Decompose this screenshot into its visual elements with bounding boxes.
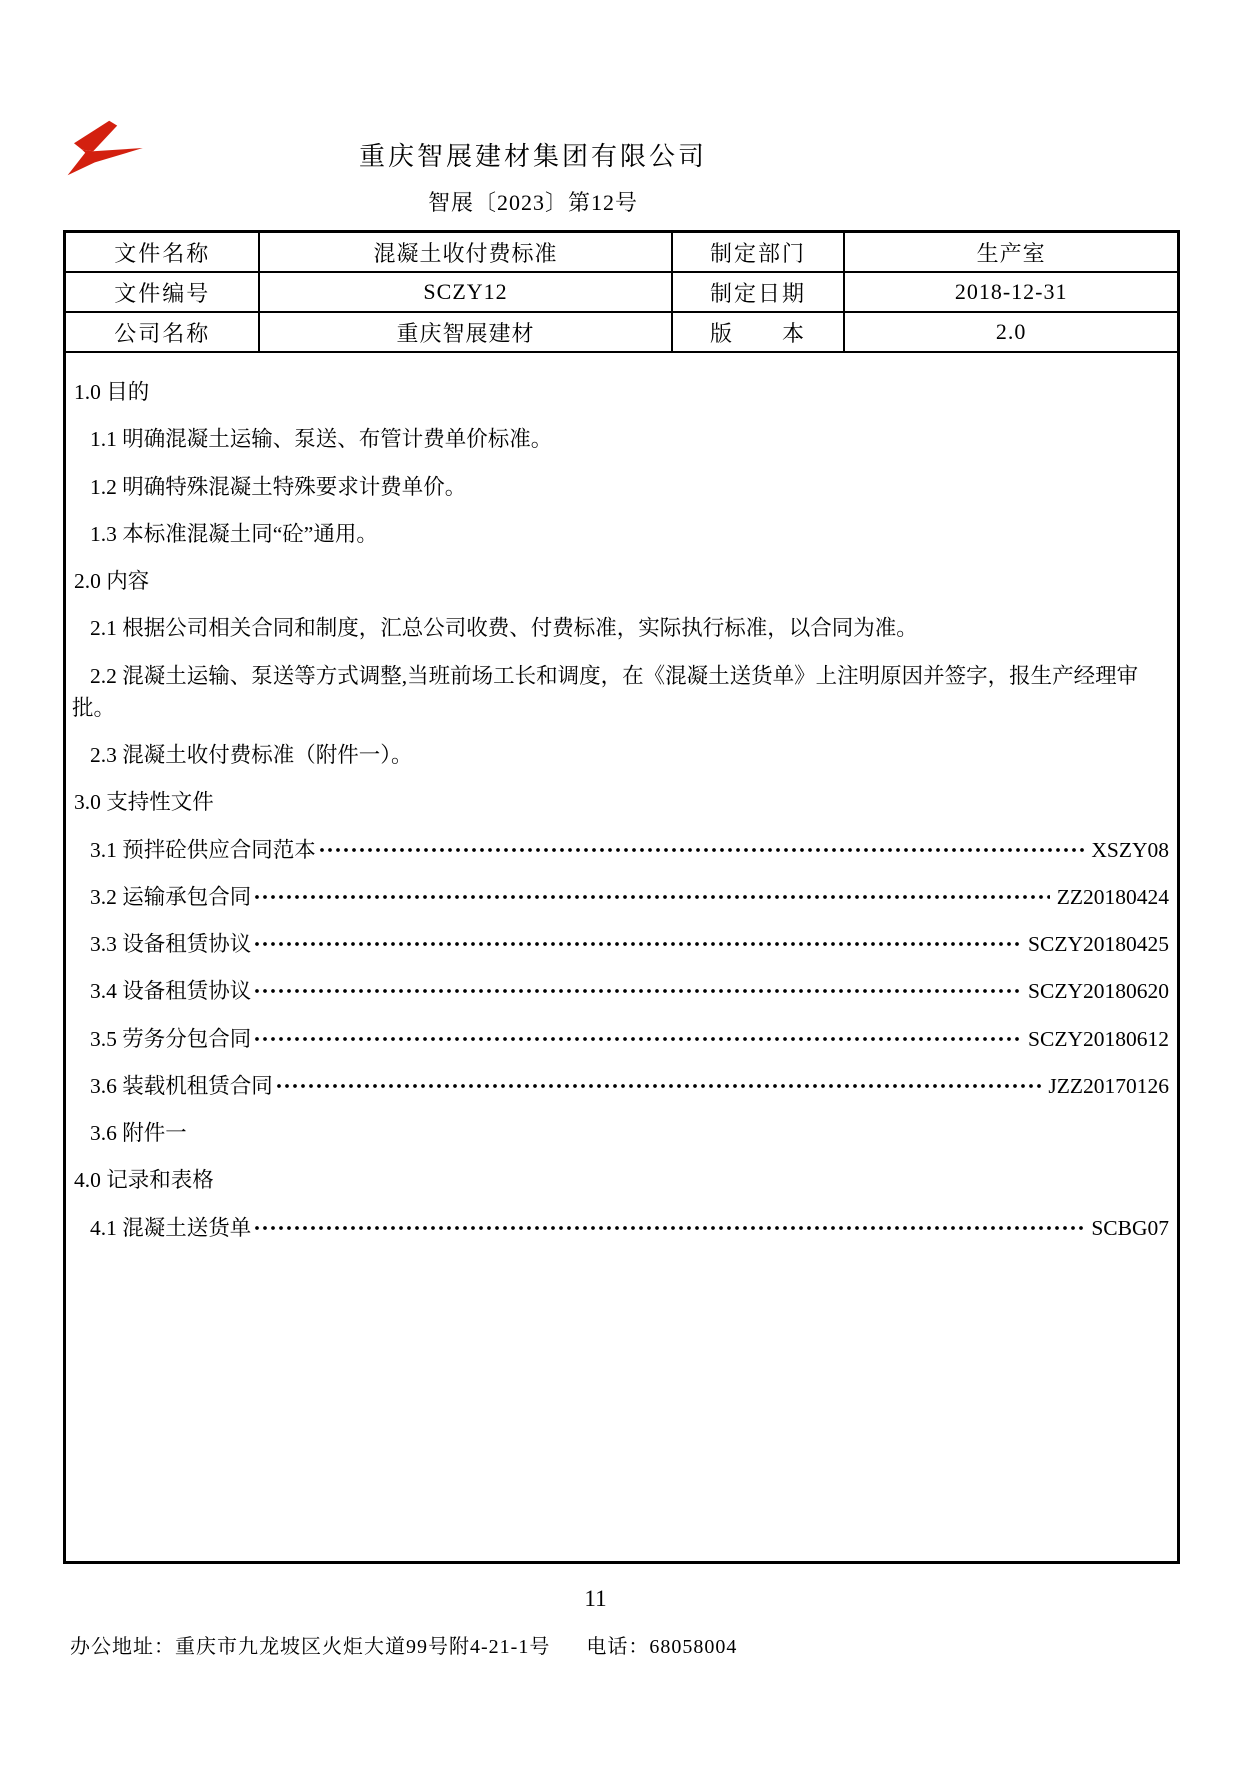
toc-item: 3.5 劳务分包合同SCZY20180612: [72, 1023, 1169, 1055]
section-heading: 1.0 目的: [72, 376, 1169, 408]
toc-item-code: XSZY08: [1086, 834, 1169, 866]
toc-item-label: 3.4 设备租赁协议: [90, 975, 251, 1007]
toc-item: 3.2 运输承包合同ZZ20180424: [72, 881, 1169, 913]
dot-leader-icon: [318, 840, 1085, 860]
info-label: 文件编号: [65, 272, 260, 312]
toc-item-label: 3.1 预拌砼供应合同范本: [90, 834, 316, 866]
toc-item: 3.1 预拌砼供应合同范本XSZY08: [72, 834, 1169, 866]
office-address: 办公地址：重庆市九龙坡区火炬大道99号附4-21-1号: [70, 1636, 550, 1658]
toc-item-code: SCZY20180620: [1023, 975, 1169, 1007]
dot-leader-icon: [253, 1029, 1021, 1049]
document-number: 智展〔2023〕第12号: [63, 186, 1003, 217]
info-value: 混凝土收付费标准: [259, 232, 671, 273]
toc-item-code: ZZ20180424: [1052, 881, 1169, 913]
dot-leader-icon: [275, 1076, 1042, 1096]
section-heading: 3.0 支持性文件: [72, 786, 1169, 818]
toc-item-code: SCBG07: [1086, 1212, 1169, 1244]
document-header: 重庆智展建材集团有限公司 智展〔2023〕第12号: [63, 136, 1003, 217]
phone-number: 电话：68058004: [586, 1636, 737, 1658]
info-value: 2018-12-31: [844, 272, 1178, 312]
info-label: 版 本: [672, 312, 845, 352]
page-number: 11: [63, 1586, 1128, 1612]
toc-item-label: 4.1 混凝土送货单: [90, 1212, 251, 1244]
info-label: 制定日期: [672, 272, 845, 312]
info-row: 文件名称混凝土收付费标准制定部门生产室: [65, 232, 1179, 273]
info-row: 文件编号SCZY12制定日期2018-12-31: [65, 272, 1179, 312]
paragraph: 2.3 混凝土收付费标准（附件一）。: [72, 739, 1169, 771]
info-value: SCZY12: [259, 272, 671, 312]
toc-item-code: SCZY20180425: [1023, 928, 1169, 960]
section-heading: 4.0 记录和表格: [72, 1164, 1169, 1196]
document-body: 1.0 目的1.1 明确混凝土运输、泵送、布管计费单价标准。1.2 明确特殊混凝…: [65, 352, 1179, 1563]
toc-item: 3.4 设备租赁协议SCZY20180620: [72, 975, 1169, 1007]
section-heading: 2.0 内容: [72, 565, 1169, 597]
paragraph: 2.2 混凝土运输、泵送等方式调整,当班前场工长和调度，在《混凝土送货单》上注明…: [72, 660, 1169, 725]
toc-item: 4.1 混凝土送货单SCBG07: [72, 1212, 1169, 1244]
toc-item-label: 3.3 设备租赁协议: [90, 928, 251, 960]
info-value: 2.0: [844, 312, 1178, 352]
paragraph: 2.1 根据公司相关合同和制度，汇总公司收费、付费标准，实际执行标准，以合同为准…: [72, 612, 1169, 644]
toc-item-label: 3.6 装载机租赁合同: [90, 1070, 273, 1102]
paragraph: 1.3 本标准混凝土同“砼”通用。: [72, 518, 1169, 550]
info-row: 公司名称重庆智展建材版 本2.0: [65, 312, 1179, 352]
company-name: 重庆智展建材集团有限公司: [63, 136, 1003, 173]
toc-item-code: SCZY20180612: [1023, 1023, 1169, 1055]
dot-leader-icon: [253, 887, 1049, 907]
toc-item-label: 3.5 劳务分包合同: [90, 1023, 251, 1055]
dot-leader-icon: [253, 1218, 1084, 1238]
info-value: 重庆智展建材: [259, 312, 671, 352]
toc-item: 3.3 设备租赁协议SCZY20180425: [72, 928, 1169, 960]
paragraph: 1.2 明确特殊混凝土特殊要求计费单价。: [72, 471, 1169, 503]
dot-leader-icon: [253, 981, 1021, 1001]
paragraph: 1.1 明确混凝土运输、泵送、布管计费单价标准。: [72, 423, 1169, 455]
toc-item-label: 3.2 运输承包合同: [90, 881, 251, 913]
toc-item-code: JZZ20170126: [1043, 1070, 1169, 1102]
info-label: 文件名称: [65, 232, 260, 273]
dot-leader-icon: [253, 934, 1021, 954]
paragraph: 3.6 附件一: [72, 1117, 1169, 1149]
document-page: 重庆智展建材集团有限公司 智展〔2023〕第12号 文件名称混凝土收付费标准制定…: [0, 0, 1241, 1766]
info-label: 制定部门: [672, 232, 845, 273]
document-info-table: 文件名称混凝土收付费标准制定部门生产室文件编号SCZY12制定日期2018-12…: [63, 230, 1180, 1564]
info-value: 生产室: [844, 232, 1178, 273]
document-body-row: 1.0 目的1.1 明确混凝土运输、泵送、布管计费单价标准。1.2 明确特殊混凝…: [65, 352, 1179, 1563]
footer: 办公地址：重庆市九龙坡区火炬大道99号附4-21-1号电话：68058004: [70, 1630, 737, 1659]
info-label: 公司名称: [65, 312, 260, 352]
toc-item: 3.6 装载机租赁合同JZZ20170126: [72, 1070, 1169, 1102]
